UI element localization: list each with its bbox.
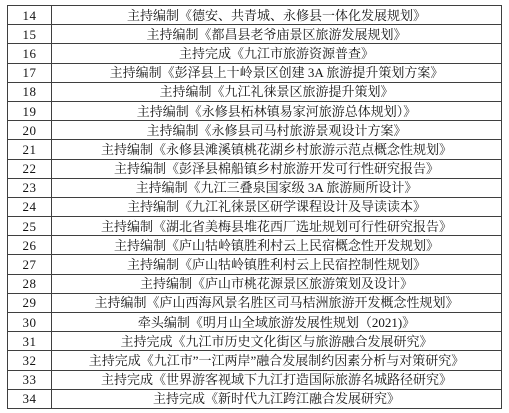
project-description: 主持编制《庐山牯岭镇胜利村云上民宿概念性开发规划》 bbox=[52, 236, 502, 255]
table-row: 25主持编制《湖北省美梅县堆花西厂选址规划可行性研究报告》 bbox=[8, 217, 502, 236]
project-description: 主持完成《九江市”一江两岸”融合发展制约因素分析与对策研究》 bbox=[52, 351, 502, 370]
table-row: 24主持编制《九江礼徕景区研学课程设计及导读读本》 bbox=[8, 197, 502, 216]
row-number: 29 bbox=[8, 293, 52, 312]
table-row: 33主持完成《世界游客视域下九江打造国际旅游名城路径研究》 bbox=[8, 370, 502, 389]
row-number: 26 bbox=[8, 236, 52, 255]
project-description: 主持编制《彭泽县棉船镇乡村旅游开发可行性研究报告》 bbox=[52, 159, 502, 178]
document-page: 14主持编制《德安、共青城、永修县一体化发展规划》15主持编制《都昌县老爷庙景区… bbox=[0, 0, 509, 413]
row-number: 18 bbox=[8, 82, 52, 101]
project-description: 主持编制《德安、共青城、永修县一体化发展规划》 bbox=[52, 6, 502, 25]
row-number: 27 bbox=[8, 255, 52, 274]
table-row: 17主持编制《彭泽县上十岭景区创建 3A 旅游提升策划方案》 bbox=[8, 63, 502, 82]
table-row: 18主持编制《九江礼徕景区旅游提升策划》 bbox=[8, 82, 502, 101]
table-row: 23主持编制《九江三叠泉国家级 3A 旅游厕所设计》 bbox=[8, 178, 502, 197]
project-description: 主持编制《九江礼徕景区研学课程设计及导读读本》 bbox=[52, 197, 502, 216]
row-number: 20 bbox=[8, 121, 52, 140]
row-number: 17 bbox=[8, 63, 52, 82]
row-number: 33 bbox=[8, 370, 52, 389]
row-number: 32 bbox=[8, 351, 52, 370]
project-description: 主持编制《九江三叠泉国家级 3A 旅游厕所设计》 bbox=[52, 178, 502, 197]
table-row: 14主持编制《德安、共青城、永修县一体化发展规划》 bbox=[8, 6, 502, 25]
row-number: 31 bbox=[8, 332, 52, 351]
project-description: 主持编制《湖北省美梅县堆花西厂选址规划可行性研究报告》 bbox=[52, 217, 502, 236]
projects-table: 14主持编制《德安、共青城、永修县一体化发展规划》15主持编制《都昌县老爷庙景区… bbox=[7, 5, 502, 409]
table-row: 21主持编制《永修县滩溪镇桃花湖乡村旅游示范点概念性规划》 bbox=[8, 140, 502, 159]
project-description: 主持编制《永修县滩溪镇桃花湖乡村旅游示范点概念性规划》 bbox=[52, 140, 502, 159]
row-number: 23 bbox=[8, 178, 52, 197]
project-description: 主持编制《庐山市桃花源景区旅游策划及设计》 bbox=[52, 274, 502, 293]
project-description: 牵头编制《明月山全域旅游发展性规划（2021)》 bbox=[52, 313, 502, 332]
table-row: 31主持完成《九江市历史文化街区与旅游融合发展研究》 bbox=[8, 332, 502, 351]
row-number: 14 bbox=[8, 6, 52, 25]
project-description: 主持完成《新时代九江跨江融合发展研究》 bbox=[52, 389, 502, 408]
project-description: 主持编制《彭泽县上十岭景区创建 3A 旅游提升策划方案》 bbox=[52, 63, 502, 82]
project-description: 主持编制《都昌县老爷庙景区旅游发展规划》 bbox=[52, 25, 502, 44]
row-number: 25 bbox=[8, 217, 52, 236]
table-row: 28主持编制《庐山市桃花源景区旅游策划及设计》 bbox=[8, 274, 502, 293]
table-row: 27主持编制《庐山牯岭镇胜利村云上民宿控制性规划》 bbox=[8, 255, 502, 274]
row-number: 15 bbox=[8, 25, 52, 44]
table-row: 20主持编制《永修县司马村旅游景观设计方案》 bbox=[8, 121, 502, 140]
row-number: 34 bbox=[8, 389, 52, 408]
table-row: 26主持编制《庐山牯岭镇胜利村云上民宿概念性开发规划》 bbox=[8, 236, 502, 255]
table-row: 29主持编制《庐山西海风景名胜区司马桔洲旅游开发概念性规划》 bbox=[8, 293, 502, 312]
table-row: 30牵头编制《明月山全域旅游发展性规划（2021)》 bbox=[8, 313, 502, 332]
table-row: 34主持完成《新时代九江跨江融合发展研究》 bbox=[8, 389, 502, 408]
project-description: 主持编制《庐山西海风景名胜区司马桔洲旅游开发概念性规划》 bbox=[52, 293, 502, 312]
row-number: 28 bbox=[8, 274, 52, 293]
table-row: 19主持编制《永修县柘林镇易家河旅游总体规划）》 bbox=[8, 101, 502, 120]
table-row: 32主持完成《九江市”一江两岸”融合发展制约因素分析与对策研究》 bbox=[8, 351, 502, 370]
project-description: 主持编制《九江礼徕景区旅游提升策划》 bbox=[52, 82, 502, 101]
row-number: 16 bbox=[8, 44, 52, 63]
project-description: 主持完成《九江市历史文化街区与旅游融合发展研究》 bbox=[52, 332, 502, 351]
table-row: 22主持编制《彭泽县棉船镇乡村旅游开发可行性研究报告》 bbox=[8, 159, 502, 178]
project-description: 主持完成《世界游客视域下九江打造国际旅游名城路径研究》 bbox=[52, 370, 502, 389]
table-row: 16主持完成《九江市旅游资源普查》 bbox=[8, 44, 502, 63]
table-row: 15主持编制《都昌县老爷庙景区旅游发展规划》 bbox=[8, 25, 502, 44]
row-number: 24 bbox=[8, 197, 52, 216]
row-number: 22 bbox=[8, 159, 52, 178]
project-description: 主持编制《庐山牯岭镇胜利村云上民宿控制性规划》 bbox=[52, 255, 502, 274]
projects-table-body: 14主持编制《德安、共青城、永修县一体化发展规划》15主持编制《都昌县老爷庙景区… bbox=[8, 6, 502, 409]
row-number: 21 bbox=[8, 140, 52, 159]
project-description: 主持编制《永修县柘林镇易家河旅游总体规划）》 bbox=[52, 101, 502, 120]
project-description: 主持完成《九江市旅游资源普查》 bbox=[52, 44, 502, 63]
row-number: 19 bbox=[8, 101, 52, 120]
project-description: 主持编制《永修县司马村旅游景观设计方案》 bbox=[52, 121, 502, 140]
row-number: 30 bbox=[8, 313, 52, 332]
